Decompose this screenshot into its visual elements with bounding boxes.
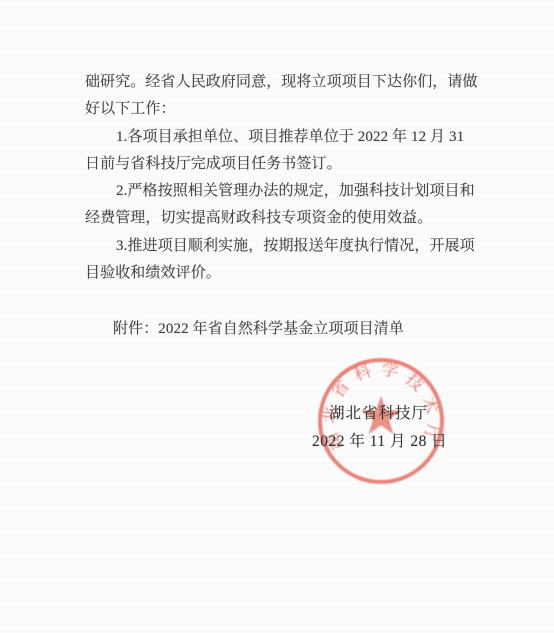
body-text-line: 目验收和绩效评价。	[85, 260, 479, 287]
body-text-line: 础研究。经省人民政府同意，现将立项项目下达你们，请做	[85, 69, 479, 96]
seal-arc-char: 技	[402, 369, 427, 394]
body-text-line: 3.推进项目顺利实施，按期报送年度执行情况，开展项	[85, 233, 479, 260]
seal-arc-char: 学	[380, 359, 400, 381]
seal-arc-char: 省	[328, 377, 353, 402]
body-text-line: 1.各项目承担单位、项目推荐单位于 2022 年 12 月 31	[85, 124, 479, 151]
body-text-line: 好以下工作：	[85, 96, 479, 123]
body-text-line: 日前与省科技厅完成项目任务书签订。	[85, 151, 479, 178]
signature-date: 2022 年 11 月 28 日	[312, 429, 447, 451]
body-text-line: 2.严格按照相关管理办法的规定，加强科技计划项目和	[85, 178, 479, 205]
document-page: 础研究。经省人民政府同意，现将立项项目下达你们，请做好以下工作：1.各项目承担单…	[0, 0, 554, 633]
attachment-line: 附件：2022 年省自然科学基金立项项目清单	[113, 316, 404, 343]
body-text-line: 经费管理，切实提高财政科技专项资金的使用效益。	[85, 205, 479, 232]
signature-agency: 湖北省科技厅	[329, 401, 428, 423]
body-text: 础研究。经省人民政府同意，现将立项项目下达你们，请做好以下工作：1.各项目承担单…	[85, 69, 479, 287]
